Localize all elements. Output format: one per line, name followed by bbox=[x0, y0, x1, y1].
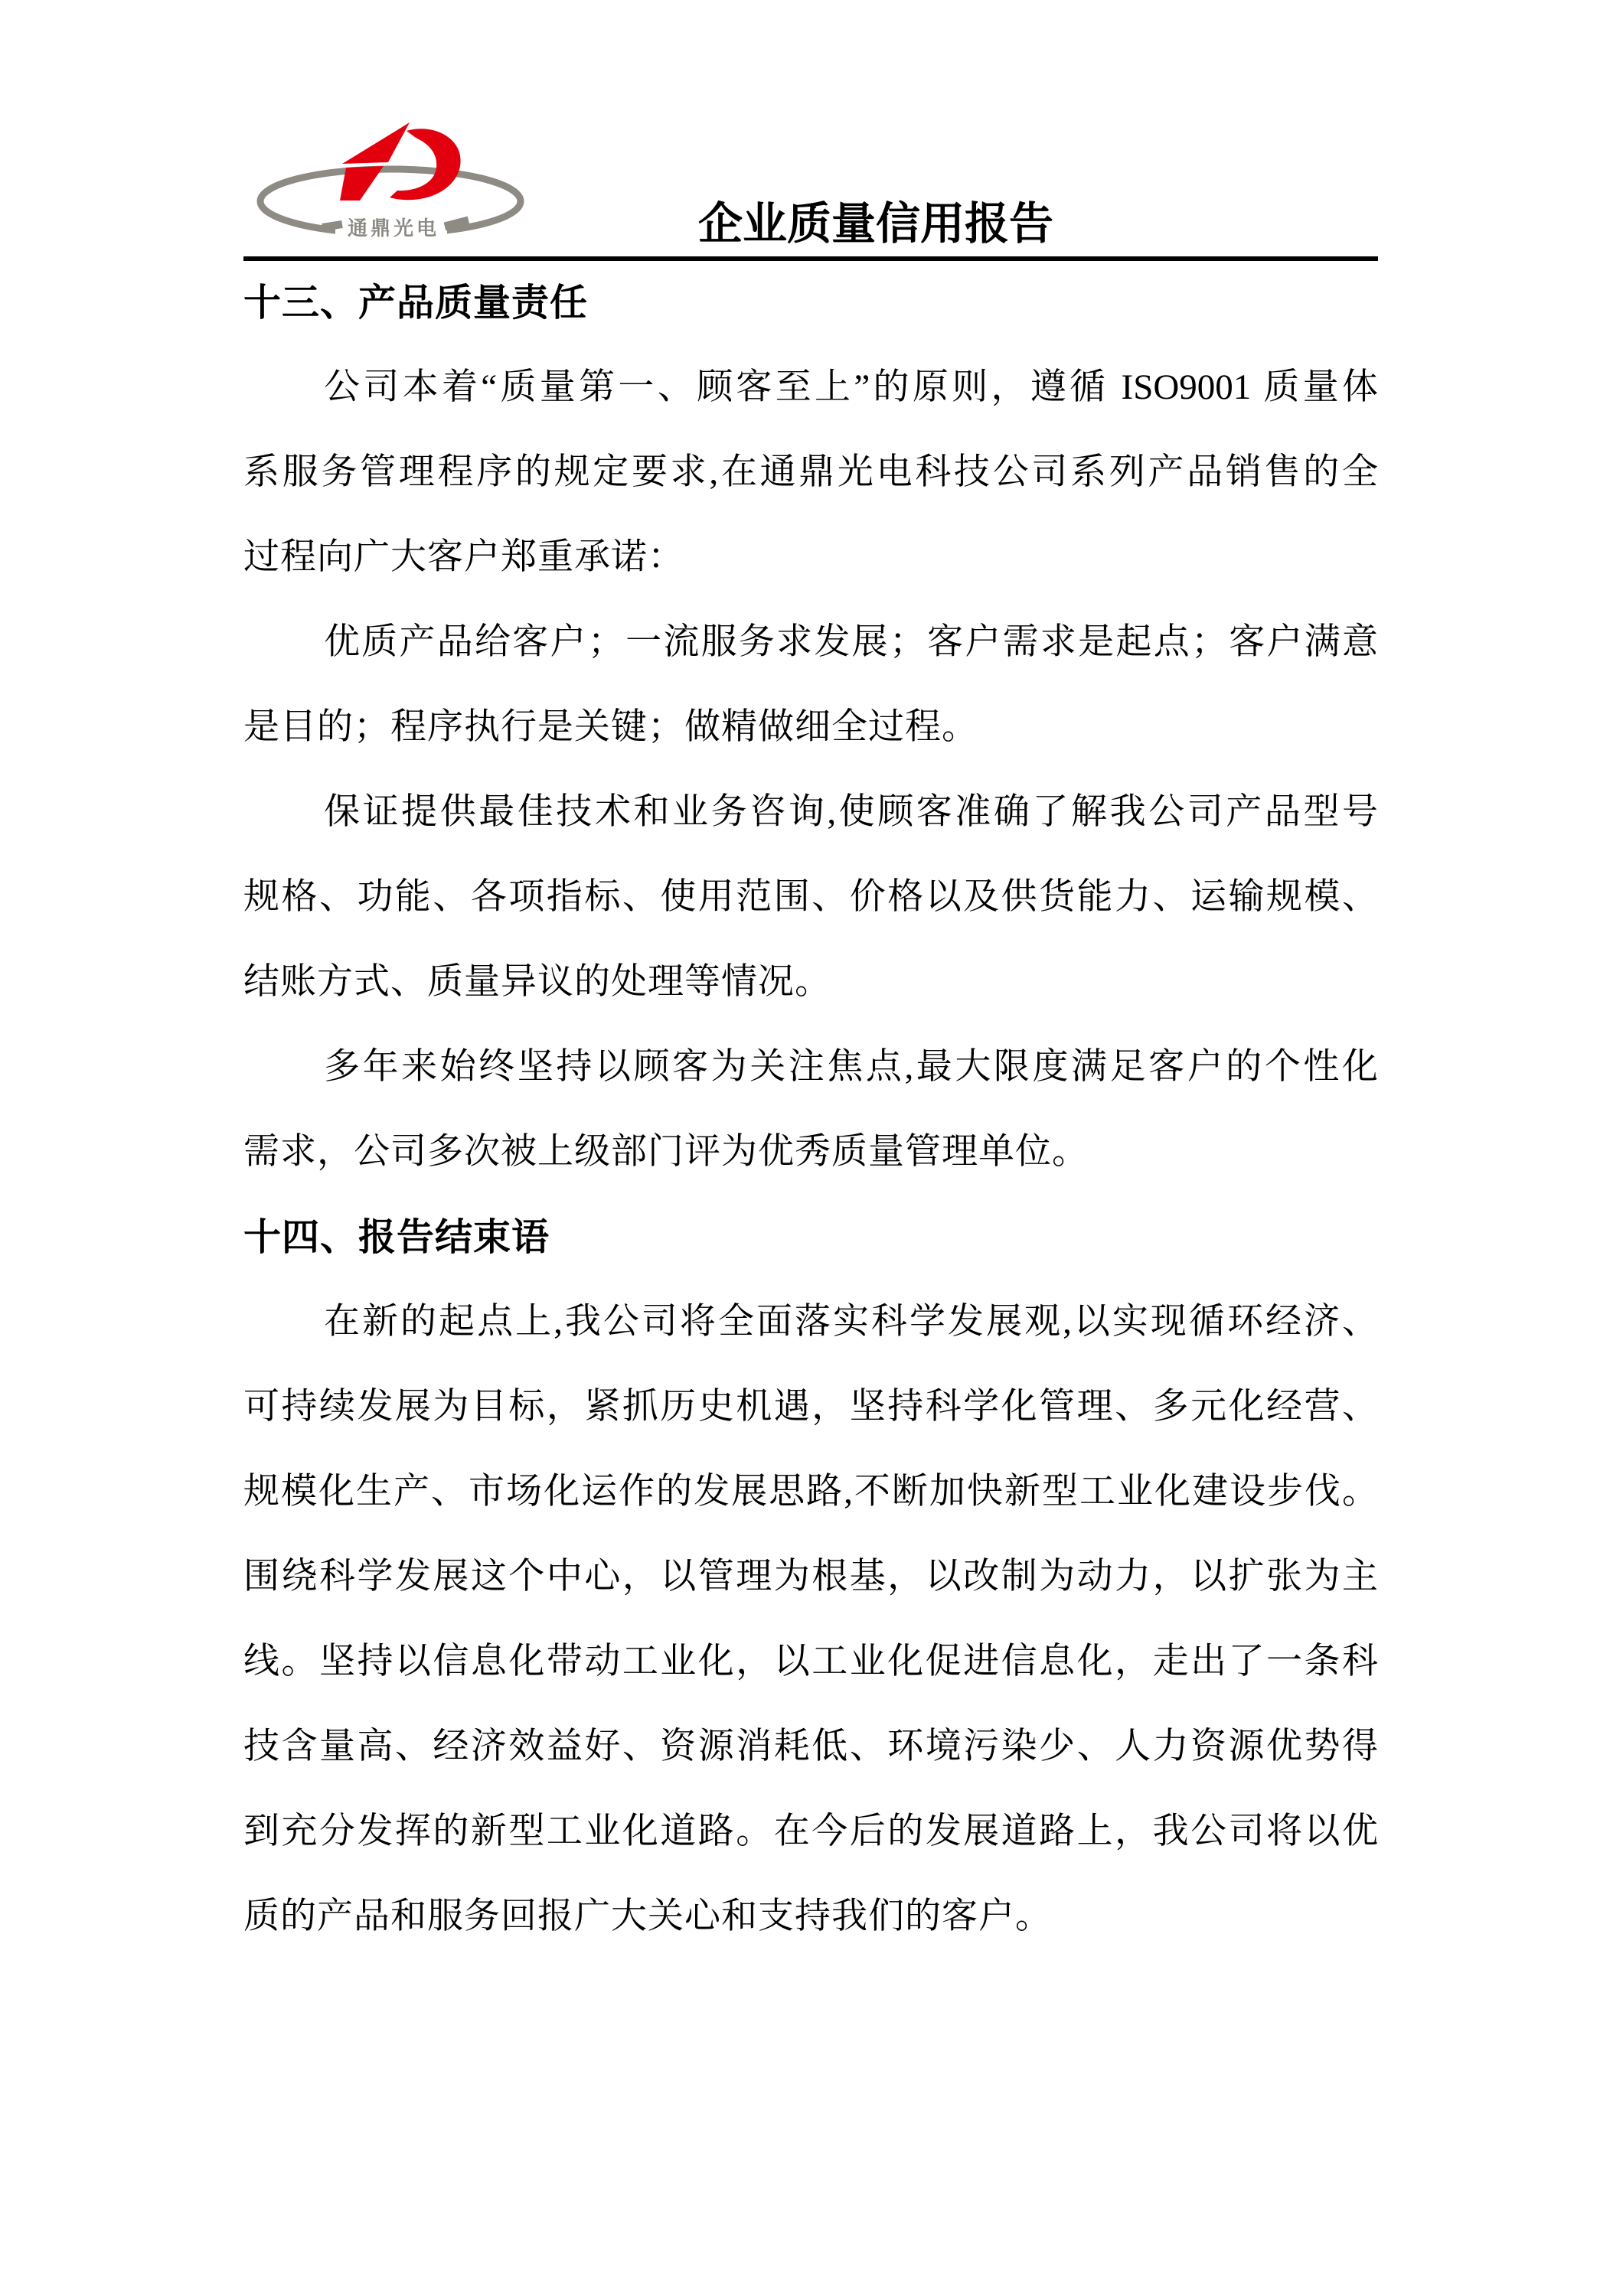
company-logo: 通鼎光电 bbox=[245, 107, 536, 249]
paragraph-line: 优质产品给客户；一流服务求发展；客户需求是起点；客户满意 bbox=[243, 600, 1378, 685]
paragraph-line: 质的产品和服务回报广大关心和支持我们的客户。 bbox=[243, 1874, 1378, 1959]
section-heading: 十四、报告结束语 bbox=[243, 1195, 1378, 1280]
lightning-d-icon bbox=[340, 122, 461, 201]
paragraph-line: 技含量高、经济效益好、资源消耗低、环境污染少、人力资源优势得 bbox=[243, 1704, 1378, 1789]
paragraph-line: 围绕科学发展这个中心，以管理为根基，以改制为动力，以扩张为主 bbox=[243, 1534, 1378, 1619]
brand-name: 通鼎光电 bbox=[348, 217, 439, 240]
paragraph-line: 结账方式、质量异议的处理等情况。 bbox=[243, 940, 1378, 1025]
paragraph-line: 保证提供最佳技术和业务咨询,使顾客准确了解我公司产品型号 bbox=[243, 770, 1378, 855]
orbit-dash-left-icon bbox=[322, 224, 342, 227]
paragraph-line: 规模化生产、市场化运作的发展思路,不断加快新型工业化建设步伐。 bbox=[243, 1450, 1378, 1534]
paragraph-line: 过程向广大客户郑重承诺： bbox=[243, 515, 1378, 600]
document-body: 十三、产品质量责任公司本着“质量第一、顾客至上”的原则，遵循 ISO9001 质… bbox=[243, 260, 1378, 1959]
paragraph-line: 需求，公司多次被上级部门评为优秀质量管理单位。 bbox=[243, 1110, 1378, 1195]
paragraph-line: 规格、功能、各项指标、使用范围、价格以及供货能力、运输规模、 bbox=[243, 855, 1378, 940]
paragraph-line: 线。坚持以信息化带动工业化，以工业化促进信息化，走出了一条科 bbox=[243, 1619, 1378, 1704]
paragraph-line: 可持续发展为目标，紧抓历史机遇，坚持科学化管理、多元化经营、 bbox=[243, 1365, 1378, 1450]
paragraph-line: 到充分发挥的新型工业化道路。在今后的发展道路上，我公司将以优 bbox=[243, 1789, 1378, 1874]
paragraph-line: 系服务管理程序的规定要求,在通鼎光电科技公司系列产品销售的全 bbox=[243, 430, 1378, 515]
paragraph-line: 多年来始终坚持以顾客为关注焦点,最大限度满足客户的个性化 bbox=[243, 1025, 1378, 1110]
document-page: 通鼎光电 企业质量信用报告 十三、产品质量责任公司本着“质量第一、顾客至上”的原… bbox=[0, 0, 1623, 2296]
section-heading: 十三、产品质量责任 bbox=[243, 260, 1378, 345]
paragraph-line: 在新的起点上,我公司将全面落实科学发展观,以实现循环经济、 bbox=[243, 1280, 1378, 1365]
paragraph-line: 公司本着“质量第一、顾客至上”的原则，遵循 ISO9001 质量体 bbox=[243, 345, 1378, 430]
report-title: 企业质量信用报告 bbox=[698, 194, 1053, 254]
paragraph-line: 是目的；程序执行是关键；做精做细全过程。 bbox=[243, 685, 1378, 770]
orbit-dash-right-icon bbox=[445, 220, 469, 227]
